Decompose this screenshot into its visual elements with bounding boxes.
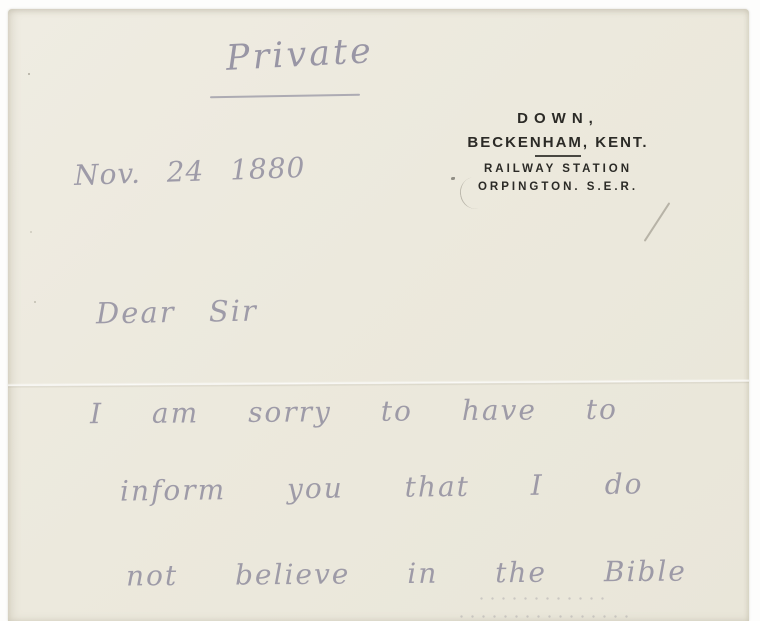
bleed-through-marks bbox=[456, 613, 636, 620]
ink-speck bbox=[451, 177, 455, 180]
letterhead-rule bbox=[535, 155, 581, 157]
body-line-2: inform you that I do bbox=[120, 467, 644, 507]
letterhead-line-down: DOWN, bbox=[460, 110, 656, 127]
letter-paper: Private Nov. 24 1880 DOWN, BECKENHAM, KE… bbox=[8, 9, 749, 621]
bleed-through-marks bbox=[476, 595, 606, 602]
photo-background: Private Nov. 24 1880 DOWN, BECKENHAM, KE… bbox=[0, 0, 760, 621]
letter-date: Nov. 24 1880 bbox=[73, 151, 305, 192]
body-line-1: I am sorry to have to bbox=[90, 393, 618, 431]
salutation: Dear Sir bbox=[96, 294, 258, 331]
letterhead: DOWN, BECKENHAM, KENT. RAILWAY STATION O… bbox=[460, 110, 656, 193]
letterhead-line-beckenham: BECKENHAM, KENT. bbox=[460, 134, 656, 151]
private-underline bbox=[210, 94, 360, 99]
letterhead-line-railway-station: RAILWAY STATION bbox=[460, 163, 656, 175]
private-annotation: Private bbox=[225, 31, 375, 79]
body-line-3: not believe in the Bible bbox=[126, 555, 687, 593]
pencil-slash-mark bbox=[644, 202, 671, 242]
fold-crease bbox=[8, 379, 749, 389]
paper-blemishes bbox=[28, 73, 30, 75]
